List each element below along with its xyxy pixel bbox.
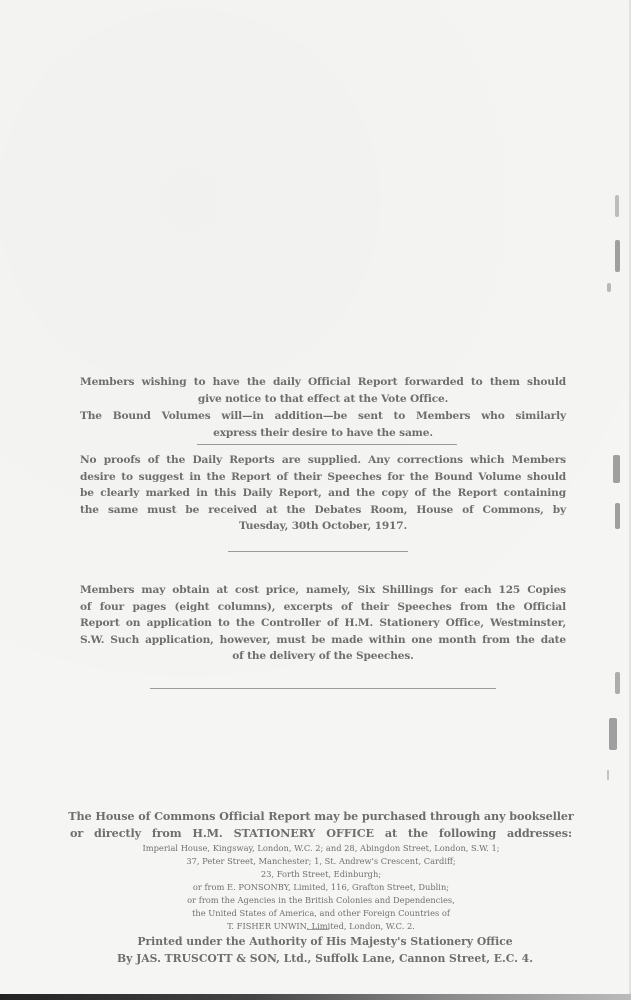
- separator-rule: [307, 929, 329, 930]
- proofs-line: desire to suggest in the Report of their…: [80, 469, 566, 486]
- imprint-line: By JAS. TRUSCOTT & SON, Ltd., Suffolk La…: [100, 950, 550, 967]
- scan-artifact-mark: [607, 283, 611, 292]
- vote-office-notice: Members wishing to have the daily Offici…: [80, 374, 566, 442]
- copies-line: S.W. Such application, however, must be …: [80, 632, 566, 649]
- proofs-notice: No proofs of the Daily Reports are suppl…: [80, 452, 566, 535]
- document-page: Members wishing to have the daily Offici…: [0, 0, 631, 1000]
- proofs-line: the same must be received at the Debates…: [80, 502, 566, 519]
- address-line: 23, Forth Street, Edinburgh;: [66, 868, 576, 881]
- scan-artifact-mark: [609, 718, 617, 750]
- separator-rule: [197, 444, 457, 445]
- scan-artifact-mark: [615, 503, 620, 529]
- purchase-heading: or directly from H.M. STATIONERY OFFICE …: [66, 825, 576, 842]
- proofs-deadline: Tuesday, 30th October, 1917.: [80, 518, 566, 535]
- scan-artifact-mark: [615, 240, 620, 272]
- address-line: 37, Peter Street, Manchester; 1, St. And…: [66, 855, 576, 868]
- purchase-information: The House of Commons Official Report may…: [66, 808, 576, 933]
- copies-line: of the delivery of the Speeches.: [80, 648, 566, 665]
- address-line: or from the Agencies in the British Colo…: [66, 894, 576, 907]
- scan-artifact-mark: [615, 672, 620, 694]
- purchase-heading: The House of Commons Official Report may…: [66, 808, 576, 825]
- proofs-line: No proofs of the Daily Reports are suppl…: [80, 452, 566, 469]
- page-bottom-edge: [0, 994, 631, 1000]
- copies-line: Members may obtain at cost price, namely…: [80, 582, 566, 599]
- notice-line: express their desire to have the same.: [80, 425, 566, 442]
- scan-artifact-mark: [615, 195, 619, 217]
- address-line: or from E. PONSONBY, Limited, 116, Graft…: [66, 881, 576, 894]
- printer-imprint: Printed under the Authority of His Majes…: [100, 933, 550, 967]
- separator-rule: [150, 688, 496, 689]
- notice-line: The Bound Volumes will—in addition—be se…: [80, 408, 566, 425]
- copies-line: Report on application to the Controller …: [80, 615, 566, 632]
- address-line: Imperial House, Kingsway, London, W.C. 2…: [66, 842, 576, 855]
- copies-notice: Members may obtain at cost price, namely…: [80, 582, 566, 665]
- notice-line: give notice to that effect at the Vote O…: [80, 391, 566, 408]
- copies-line: of four pages (eight columns), excerpts …: [80, 599, 566, 616]
- proofs-line: be clearly marked in this Daily Report, …: [80, 485, 566, 502]
- separator-rule: [228, 551, 408, 552]
- scan-artifact-mark: [607, 770, 609, 780]
- address-line: T. FISHER UNWIN, Limited, London, W.C. 2…: [66, 920, 576, 933]
- notice-line: Members wishing to have the daily Offici…: [80, 374, 566, 391]
- scan-artifact-mark: [613, 455, 620, 483]
- address-line: the United States of America, and other …: [66, 907, 576, 920]
- imprint-line: Printed under the Authority of His Majes…: [100, 933, 550, 950]
